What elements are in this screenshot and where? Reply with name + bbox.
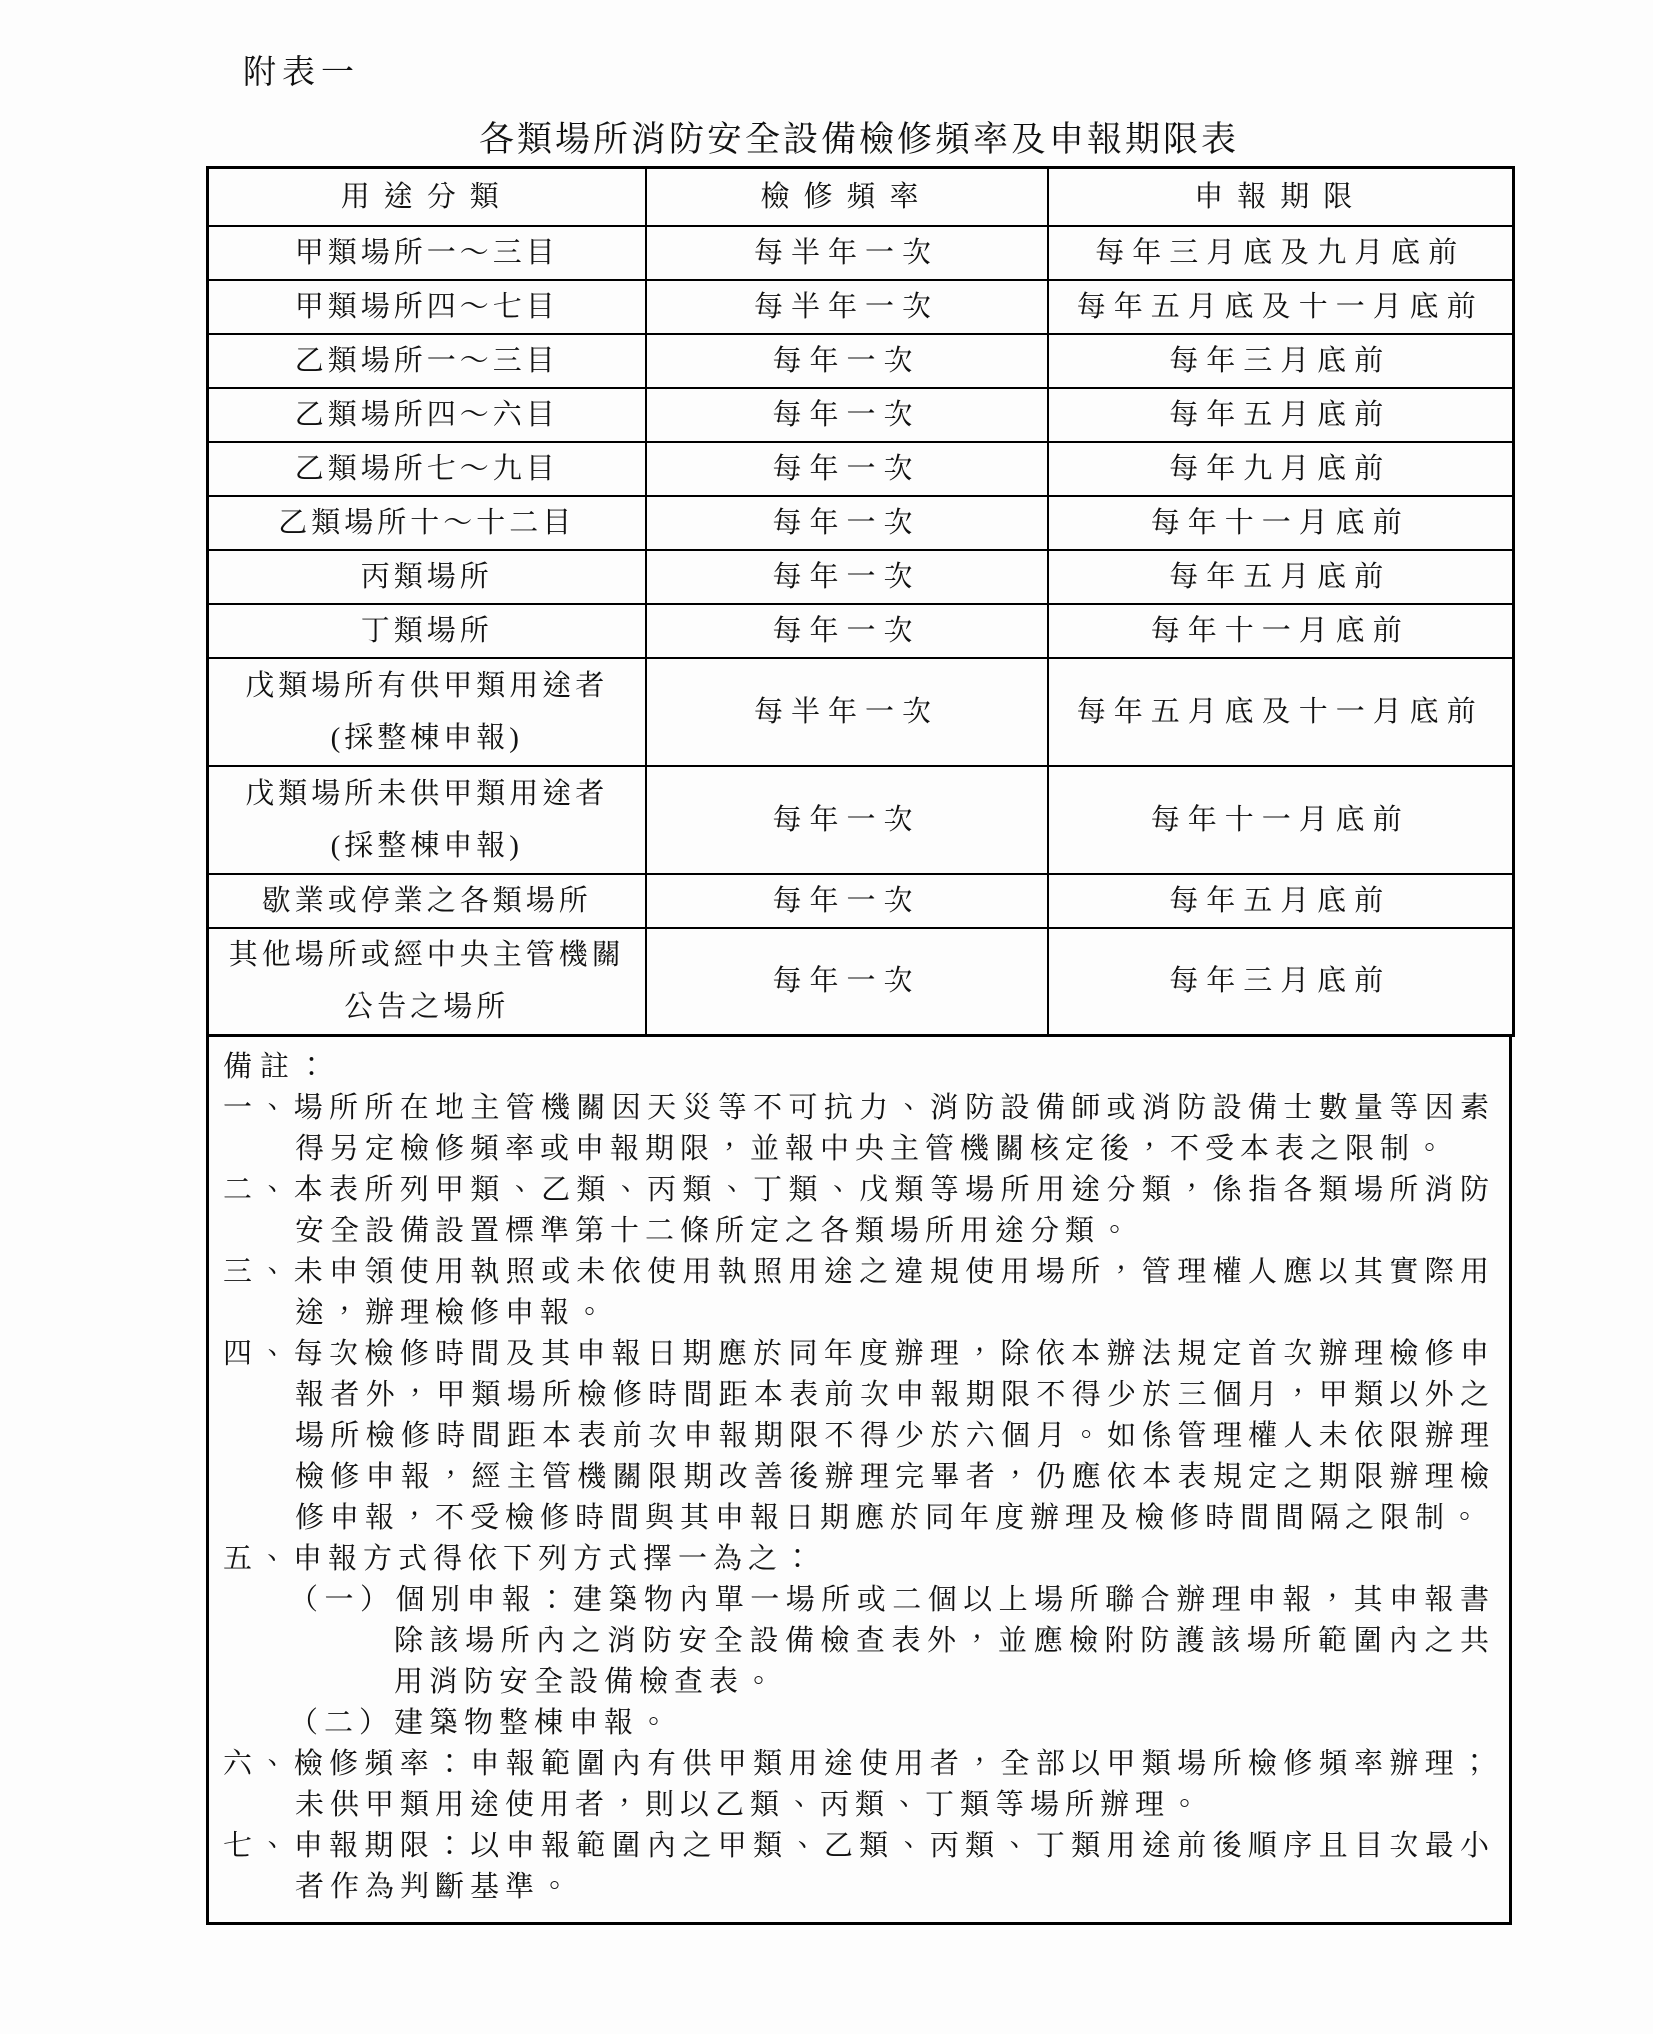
- cell-deadline: 每年九月底前: [1048, 442, 1514, 496]
- table-row: 乙類場所七～九目 每年一次 每年九月底前: [208, 442, 1514, 496]
- header-frequency: 檢修頻率: [646, 168, 1048, 226]
- cell-category: 乙類場所一～三目: [208, 334, 646, 388]
- document-title: 各類場所消防安全設備檢修頻率及申報期限表: [206, 112, 1512, 162]
- cell-category: 乙類場所四～六目: [208, 388, 646, 442]
- cell-frequency: 每半年一次: [646, 226, 1048, 280]
- appendix-label: 附表一: [243, 46, 360, 93]
- cell-frequency: 每年一次: [646, 766, 1048, 874]
- cell-deadline: 每年三月底前: [1048, 334, 1514, 388]
- cell-deadline: 每年十一月底前: [1048, 496, 1514, 550]
- note-item: 四、每次檢修時間及其申報日期應於同年度辦理，除依本辦法規定首次辦理檢修申報者外，…: [223, 1334, 1495, 1539]
- cell-deadline: 每年五月底前: [1048, 388, 1514, 442]
- table-row: 戊類場所未供甲類用途者 (採整棟申報) 每年一次 每年十一月底前: [208, 766, 1514, 874]
- header-category: 用途分類: [208, 168, 646, 226]
- note-item: 六、檢修頻率：申報範圍內有供甲類用途使用者，全部以甲類場所檢修頻率辦理；未供甲類…: [223, 1744, 1495, 1826]
- table-row: 乙類場所十～十二目 每年一次 每年十一月底前: [208, 496, 1514, 550]
- note-text: 建築物整棟申報。: [394, 1707, 674, 1739]
- cell-frequency: 每年一次: [646, 334, 1048, 388]
- table-row: 歇業或停業之各類場所 每年一次 每年五月底前: [208, 874, 1514, 928]
- cell-category: 甲類場所四～七目: [208, 280, 646, 334]
- note-text: 未申領使用執照或未依使用執照用途之違規使用場所，管理權人應以其實際用途，辦理檢修…: [294, 1256, 1495, 1329]
- cell-deadline: 每年五月底及十一月底前: [1048, 280, 1514, 334]
- note-subitem: （二）建築物整棟申報。: [289, 1703, 1495, 1744]
- cell-frequency: 每年一次: [646, 928, 1048, 1036]
- note-label: 五、: [223, 1543, 293, 1575]
- cell-frequency: 每年一次: [646, 604, 1048, 658]
- note-text: 個別申報：建築物內單一場所或二個以上場所聯合辦理申報，其申報書除該場所內之消防安…: [394, 1584, 1495, 1698]
- document-page: 附表一 各類場所消防安全設備檢修頻率及申報期限表 用途分類 檢修頻率 申報期限 …: [0, 0, 1653, 2034]
- notes-heading: 備註：: [223, 1047, 1495, 1088]
- note-text: 申報方式得依下列方式擇一為之：: [293, 1543, 818, 1575]
- note-text: 本表所列甲類、乙類、丙類、丁類、戊類等場所用途分類，係指各類場所消防安全設備設置…: [294, 1174, 1495, 1247]
- cell-deadline: 每年十一月底前: [1048, 604, 1514, 658]
- cell-deadline: 每年五月底前: [1048, 874, 1514, 928]
- cell-category: 戊類場所有供甲類用途者 (採整棟申報): [208, 658, 646, 766]
- cell-frequency: 每半年一次: [646, 280, 1048, 334]
- table-row: 丁類場所 每年一次 每年十一月底前: [208, 604, 1514, 658]
- cell-category: 丙類場所: [208, 550, 646, 604]
- note-item: 七、申報期限：以申報範圍內之甲類、乙類、丙類、丁類用途前後順序且目次最小者作為判…: [223, 1826, 1495, 1908]
- table-row: 丙類場所 每年一次 每年五月底前: [208, 550, 1514, 604]
- cell-category: 歇業或停業之各類場所: [208, 874, 646, 928]
- cell-deadline: 每年五月底前: [1048, 550, 1514, 604]
- cell-category: 丁類場所: [208, 604, 646, 658]
- cell-frequency: 每年一次: [646, 874, 1048, 928]
- cell-deadline: 每年三月底及九月底前: [1048, 226, 1514, 280]
- note-item: 二、本表所列甲類、乙類、丙類、丁類、戊類等場所用途分類，係指各類場所消防安全設備…: [223, 1170, 1495, 1252]
- cell-category: 戊類場所未供甲類用途者 (採整棟申報): [208, 766, 646, 874]
- table-header-row: 用途分類 檢修頻率 申報期限: [208, 168, 1514, 226]
- note-text: 申報期限：以申報範圍內之甲類、乙類、丙類、丁類用途前後順序且目次最小者作為判斷基…: [294, 1830, 1495, 1903]
- note-label: 三、: [223, 1256, 294, 1288]
- table-row: 戊類場所有供甲類用途者 (採整棟申報) 每半年一次 每年五月底及十一月底前: [208, 658, 1514, 766]
- cell-deadline: 每年三月底前: [1048, 928, 1514, 1036]
- note-subitem: （一）個別申報：建築物內單一場所或二個以上場所聯合辦理申報，其申報書除該場所內之…: [289, 1580, 1495, 1703]
- note-item: 三、未申領使用執照或未依使用執照用途之違規使用場所，管理權人應以其實際用途，辦理…: [223, 1252, 1495, 1334]
- table-row: 其他場所或經中央主管機關 公告之場所 每年一次 每年三月底前: [208, 928, 1514, 1036]
- cell-frequency: 每年一次: [646, 496, 1048, 550]
- schedule-table-block: 用途分類 檢修頻率 申報期限 甲類場所一～三目 每半年一次 每年三月底及九月底前…: [206, 166, 1512, 1925]
- note-label: 二、: [223, 1174, 294, 1206]
- table-row: 甲類場所一～三目 每半年一次 每年三月底及九月底前: [208, 226, 1514, 280]
- table-row: 乙類場所一～三目 每年一次 每年三月底前: [208, 334, 1514, 388]
- cell-frequency: 每年一次: [646, 442, 1048, 496]
- header-deadline: 申報期限: [1048, 168, 1514, 226]
- cell-frequency: 每年一次: [646, 550, 1048, 604]
- note-label: 一、: [223, 1092, 294, 1124]
- notes-section: 備註： 一、場所所在地主管機關因天災等不可抗力、消防設備師或消防設備士數量等因素…: [206, 1037, 1512, 1925]
- note-text: 場所所在地主管機關因天災等不可抗力、消防設備師或消防設備士數量等因素得另定檢修頻…: [294, 1092, 1495, 1165]
- note-text: 每次檢修時間及其申報日期應於同年度辦理，除依本辦法規定首次辦理檢修申報者外，甲類…: [294, 1338, 1495, 1534]
- note-label: 六、: [223, 1748, 294, 1780]
- table-row: 乙類場所四～六目 每年一次 每年五月底前: [208, 388, 1514, 442]
- cell-category: 乙類場所七～九目: [208, 442, 646, 496]
- note-label: 四、: [223, 1338, 294, 1370]
- cell-deadline: 每年十一月底前: [1048, 766, 1514, 874]
- note-item: 一、場所所在地主管機關因天災等不可抗力、消防設備師或消防設備士數量等因素得另定檢…: [223, 1088, 1495, 1170]
- schedule-table: 用途分類 檢修頻率 申報期限 甲類場所一～三目 每半年一次 每年三月底及九月底前…: [206, 166, 1515, 1037]
- cell-frequency: 每年一次: [646, 388, 1048, 442]
- cell-frequency: 每半年一次: [646, 658, 1048, 766]
- note-text: 檢修頻率：申報範圍內有供甲類用途使用者，全部以甲類場所檢修頻率辦理；未供甲類用途…: [294, 1748, 1495, 1821]
- cell-category: 甲類場所一～三目: [208, 226, 646, 280]
- note-label: 七、: [223, 1830, 294, 1862]
- table-row: 甲類場所四～七目 每半年一次 每年五月底及十一月底前: [208, 280, 1514, 334]
- cell-category: 乙類場所十～十二目: [208, 496, 646, 550]
- note-item: 五、申報方式得依下列方式擇一為之：: [223, 1539, 1495, 1580]
- cell-category: 其他場所或經中央主管機關 公告之場所: [208, 928, 646, 1036]
- note-label: （一）: [289, 1584, 395, 1616]
- note-label: （二）: [289, 1707, 394, 1739]
- cell-deadline: 每年五月底及十一月底前: [1048, 658, 1514, 766]
